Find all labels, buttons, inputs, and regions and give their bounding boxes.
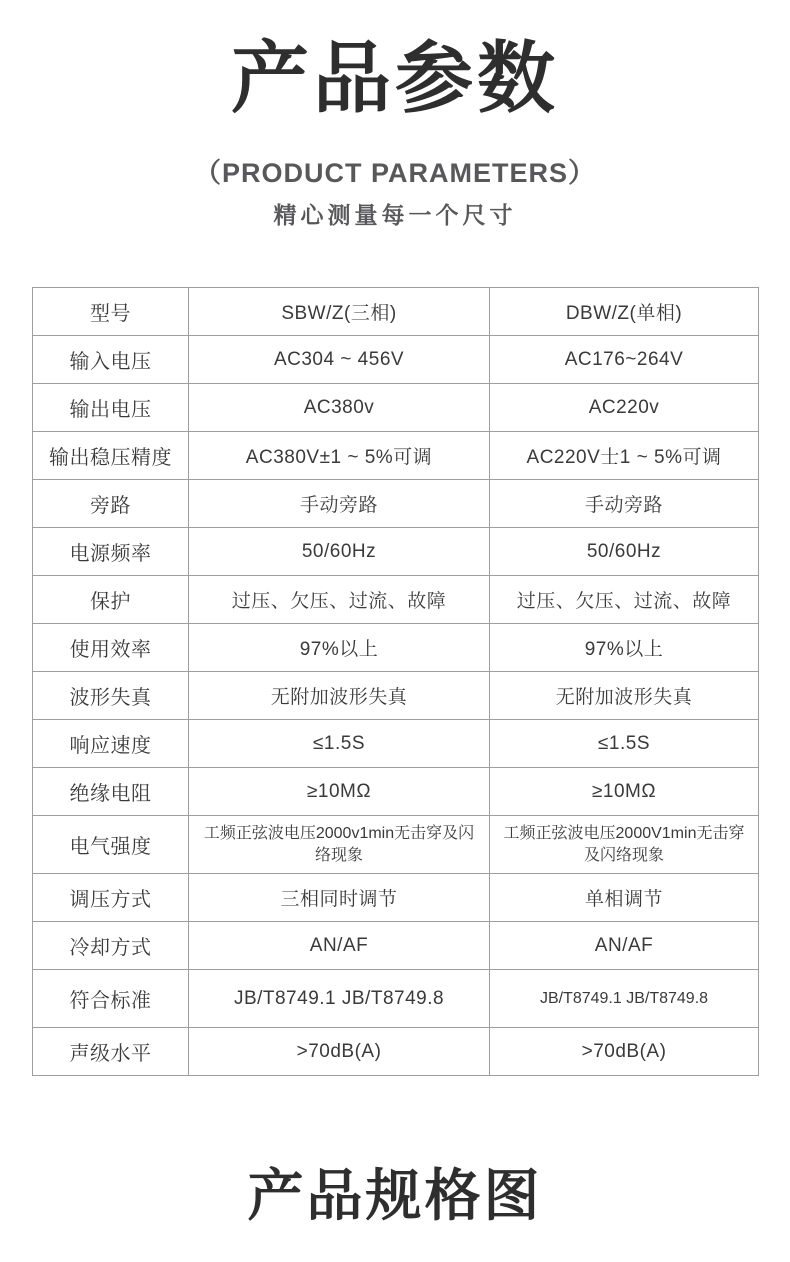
row-label-cell: 电气强度 [33,816,189,874]
table-row: 使用效率97%以上97%以上 [33,624,759,672]
value-cell-dbw: 单相调节 [490,874,759,922]
value-cell-dbw: 50/60Hz [490,528,759,576]
value-cell-sbw: AC380V±1 ~ 5%可调 [189,432,490,480]
row-label-cell: 旁路 [33,480,189,528]
row-label-cell: 输出稳压精度 [33,432,189,480]
value-cell-dbw: 97%以上 [490,624,759,672]
value-cell-dbw: JB/T8749.1 JB/T8749.8 [490,970,759,1028]
row-label-cell: 输出电压 [33,384,189,432]
table-row: 调压方式三相同时调节单相调节 [33,874,759,922]
value-cell-sbw: AC304 ~ 456V [189,336,490,384]
table-row: 输入电压AC304 ~ 456VAC176~264V [33,336,759,384]
value-cell-sbw: AC380v [189,384,490,432]
value-cell-dbw: ≥10MΩ [490,768,759,816]
parameters-table-container: 型号SBW/Z(三相)DBW/Z(单相)输入电压AC304 ~ 456VAC17… [32,287,758,1076]
table-row: 绝缘电阻≥10MΩ≥10MΩ [33,768,759,816]
parameters-table: 型号SBW/Z(三相)DBW/Z(单相)输入电压AC304 ~ 456VAC17… [32,287,759,1076]
page-title: 产品参数 [0,36,790,120]
row-label-cell: 电源频率 [33,528,189,576]
table-row: 冷却方式AN/AFAN/AF [33,922,759,970]
table-row: 输出电压AC380vAC220v [33,384,759,432]
value-cell-dbw: >70dB(A) [490,1028,759,1076]
value-cell-sbw: ≥10MΩ [189,768,490,816]
row-label-cell: 冷却方式 [33,922,189,970]
row-label-cell: 型号 [33,288,189,336]
table-row: 波形失真无附加波形失真无附加波形失真 [33,672,759,720]
value-cell-sbw: 无附加波形失真 [189,672,490,720]
spec-diagram-title: 产品规格图 [0,1152,790,1232]
product-parameters-page: 产品参数 （PRODUCT PARAMETERS） 精心测量每一个尺寸 型号SB… [0,0,790,1262]
value-cell-dbw: 工频正弦波电压2000V1min无击穿及闪络现象 [490,816,759,874]
table-row: 声级水平>70dB(A)>70dB(A) [33,1028,759,1076]
row-label-cell: 使用效率 [33,624,189,672]
row-label-cell: 声级水平 [33,1028,189,1076]
value-cell-sbw: ≤1.5S [189,720,490,768]
value-cell-dbw: DBW/Z(单相) [490,288,759,336]
value-cell-dbw: AN/AF [490,922,759,970]
value-cell-sbw: 过压、欠压、过流、故障 [189,576,490,624]
table-row: 符合标准JB/T8749.1 JB/T8749.8JB/T8749.1 JB/T… [33,970,759,1028]
row-label-cell: 符合标准 [33,970,189,1028]
row-label-cell: 输入电压 [33,336,189,384]
value-cell-dbw: AC176~264V [490,336,759,384]
value-cell-sbw: SBW/Z(三相) [189,288,490,336]
value-cell-sbw: 手动旁路 [189,480,490,528]
row-label-cell: 绝缘电阻 [33,768,189,816]
table-row: 旁路手动旁路手动旁路 [33,480,759,528]
row-label-cell: 调压方式 [33,874,189,922]
value-cell-sbw: 工频正弦波电压2000v1min无击穿及闪络现象 [189,816,490,874]
table-row: 型号SBW/Z(三相)DBW/Z(单相) [33,288,759,336]
table-row: 输出稳压精度AC380V±1 ~ 5%可调AC220V士1 ~ 5%可调 [33,432,759,480]
value-cell-dbw: 无附加波形失真 [490,672,759,720]
value-cell-dbw: AC220v [490,384,759,432]
value-cell-sbw: >70dB(A) [189,1028,490,1076]
row-label-cell: 保护 [33,576,189,624]
value-cell-sbw: AN/AF [189,922,490,970]
value-cell-sbw: JB/T8749.1 JB/T8749.8 [189,970,490,1028]
parameters-table-body: 型号SBW/Z(三相)DBW/Z(单相)输入电压AC304 ~ 456VAC17… [33,288,759,1076]
row-label-cell: 波形失真 [33,672,189,720]
table-row: 电源频率50/60Hz50/60Hz [33,528,759,576]
value-cell-sbw: 50/60Hz [189,528,490,576]
table-row: 响应速度≤1.5S≤1.5S [33,720,759,768]
value-cell-dbw: ≤1.5S [490,720,759,768]
value-cell-dbw: 过压、欠压、过流、故障 [490,576,759,624]
row-label-cell: 响应速度 [33,720,189,768]
table-row: 保护过压、欠压、过流、故障过压、欠压、过流、故障 [33,576,759,624]
value-cell-sbw: 97%以上 [189,624,490,672]
value-cell-sbw: 三相同时调节 [189,874,490,922]
value-cell-dbw: AC220V士1 ~ 5%可调 [490,432,759,480]
page-subtitle-english: （PRODUCT PARAMETERS） [0,151,790,190]
page-tagline: 精心测量每一个尺寸 [0,197,790,230]
table-row: 电气强度工频正弦波电压2000v1min无击穿及闪络现象工频正弦波电压2000V… [33,816,759,874]
value-cell-dbw: 手动旁路 [490,480,759,528]
